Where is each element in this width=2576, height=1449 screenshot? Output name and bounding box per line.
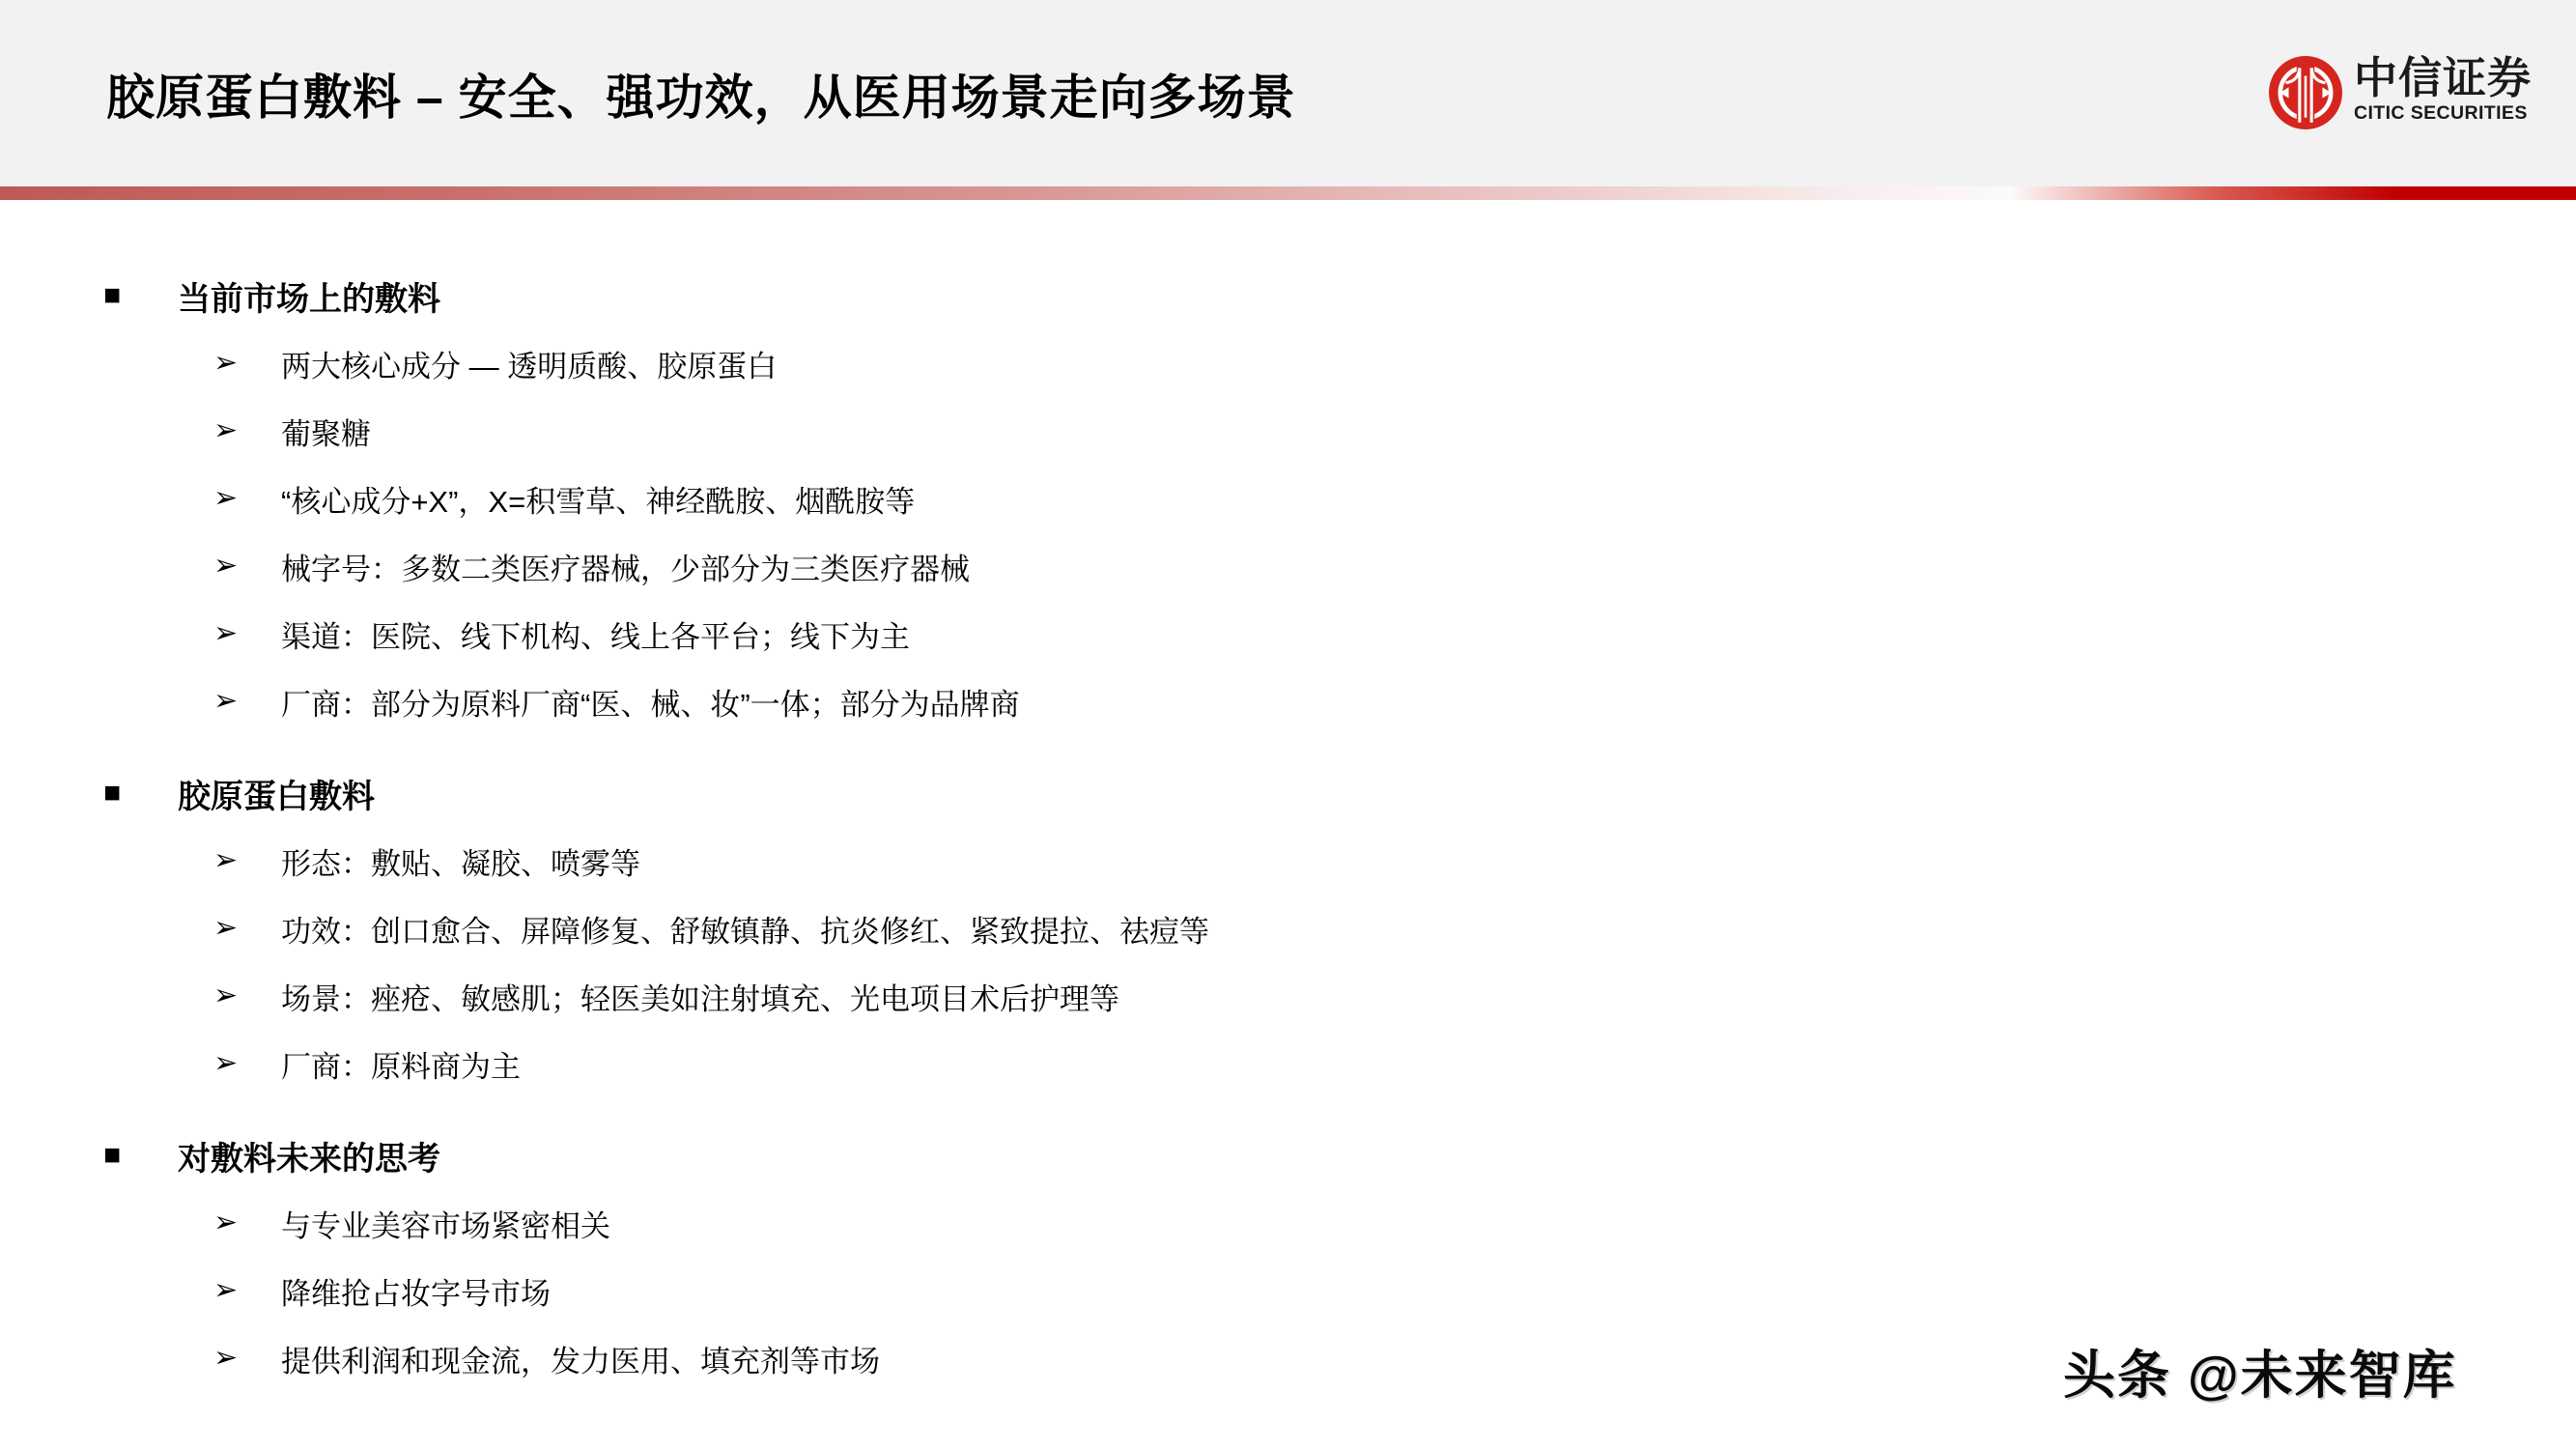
citic-logo: 中信证券 CITIC SECURITIES — [2269, 56, 2532, 129]
citic-logo-en: CITIC SECURITIES — [2354, 102, 2532, 125]
section-title: 胶原蛋白敷料 — [178, 770, 375, 817]
header-bar: 胶原蛋白敷料 – 安全、强功效，从医用场景走向多场景 中信证券 CITIC SE… — [0, 0, 2576, 186]
list-item-text: 葡聚糖 — [281, 410, 371, 453]
list-item-text: 厂商：部分为原料厂商“医、械、妆”一体；部分为品牌商 — [281, 680, 1020, 724]
slide-content: ■ 当前市场上的敷料 ➢ 两大核心成分 — 透明质酸、胶原蛋白 ➢ 葡聚糖 ➢ … — [103, 200, 2518, 1392]
square-bullet-icon: ■ — [103, 779, 178, 808]
arrow-bullet-icon: ➢ — [213, 349, 281, 378]
section-title: 对敷料未来的思考 — [178, 1132, 440, 1179]
list-item: ➢ 场景：痤疮、敏感肌；轻医美如注射填充、光电项目术后护理等 — [103, 962, 2518, 1030]
slide: 胶原蛋白敷料 – 安全、强功效，从医用场景走向多场景 中信证券 CITIC SE… — [0, 0, 2576, 1449]
citic-logo-cn: 中信证券 — [2354, 56, 2532, 99]
arrow-bullet-icon: ➢ — [213, 1344, 281, 1373]
square-bullet-icon: ■ — [103, 1141, 178, 1170]
list-item: ➢ 功效：创口愈合、屏障修复、舒敏镇静、抗炎修红、紧致提拉、祛痘等 — [103, 895, 2518, 962]
section-current-market: ■ 当前市场上的敷料 ➢ 两大核心成分 — 透明质酸、胶原蛋白 ➢ 葡聚糖 ➢ … — [103, 262, 2518, 735]
page-title: 胶原蛋白敷料 – 安全、强功效，从医用场景走向多场景 — [106, 59, 1296, 128]
arrow-bullet-icon: ➢ — [213, 981, 281, 1010]
list-item: ➢ “核心成分+X”，X=积雪草、神经酰胺、烟酰胺等 — [103, 465, 2518, 532]
citic-emblem-icon — [2269, 56, 2342, 129]
list-item: ➢ 与专业美容市场紧密相关 — [103, 1189, 2518, 1257]
list-item-text: 械字号：多数二类医疗器械，少部分为三类医疗器械 — [281, 545, 970, 588]
arrow-bullet-icon: ➢ — [213, 846, 281, 875]
list-item: ➢ 厂商：部分为原料厂商“医、械、妆”一体；部分为品牌商 — [103, 668, 2518, 735]
watermark-text: 头条 @未来智库 — [2063, 1334, 2457, 1408]
list-item: ➢ 厂商：原料商为主 — [103, 1030, 2518, 1097]
section-title: 当前市场上的敷料 — [178, 272, 440, 320]
arrow-bullet-icon: ➢ — [213, 914, 281, 943]
list-item: ➢ 渠道：医院、线下机构、线上各平台；线下为主 — [103, 600, 2518, 668]
section-collagen-dressing: ■ 胶原蛋白敷料 ➢ 形态：敷贴、凝胶、喷雾等 ➢ 功效：创口愈合、屏障修复、舒… — [103, 759, 2518, 1097]
arrow-bullet-icon: ➢ — [213, 687, 281, 716]
arrow-bullet-icon: ➢ — [213, 1208, 281, 1237]
list-item-text: 降维抢占妆字号市场 — [281, 1269, 551, 1313]
section-heading: ■ 胶原蛋白敷料 — [103, 759, 2518, 827]
arrow-bullet-icon: ➢ — [213, 1276, 281, 1305]
citic-logo-text: 中信证券 CITIC SECURITIES — [2354, 56, 2532, 125]
arrow-bullet-icon: ➢ — [213, 552, 281, 581]
list-item: ➢ 降维抢占妆字号市场 — [103, 1257, 2518, 1324]
list-item-text: 形态：敷贴、凝胶、喷雾等 — [281, 839, 640, 883]
list-item-text: 场景：痤疮、敏感肌；轻医美如注射填充、光电项目术后护理等 — [281, 975, 1119, 1018]
list-item-text: 渠道：医院、线下机构、线上各平台；线下为主 — [281, 612, 910, 656]
list-item: ➢ 械字号：多数二类医疗器械，少部分为三类医疗器械 — [103, 532, 2518, 600]
list-item-text: 与专业美容市场紧密相关 — [281, 1202, 610, 1245]
list-item-text: “核心成分+X”，X=积雪草、神经酰胺、烟酰胺等 — [281, 477, 915, 521]
list-item-text: 提供利润和现金流，发力医用、填充剂等市场 — [281, 1337, 880, 1380]
list-item-text: 厂商：原料商为主 — [281, 1042, 521, 1086]
list-item-text: 两大核心成分 — 透明质酸、胶原蛋白 — [281, 342, 777, 385]
section-heading: ■ 当前市场上的敷料 — [103, 262, 2518, 329]
arrow-bullet-icon: ➢ — [213, 416, 281, 445]
header-divider-line — [0, 186, 2576, 200]
list-item: ➢ 两大核心成分 — 透明质酸、胶原蛋白 — [103, 329, 2518, 397]
list-item-text: 功效：创口愈合、屏障修复、舒敏镇静、抗炎修红、紧致提拉、祛痘等 — [281, 907, 1209, 951]
list-item: ➢ 形态：敷贴、凝胶、喷雾等 — [103, 827, 2518, 895]
section-heading: ■ 对敷料未来的思考 — [103, 1122, 2518, 1189]
arrow-bullet-icon: ➢ — [213, 1049, 281, 1078]
list-item: ➢ 葡聚糖 — [103, 397, 2518, 465]
arrow-bullet-icon: ➢ — [213, 484, 281, 513]
arrow-bullet-icon: ➢ — [213, 619, 281, 648]
square-bullet-icon: ■ — [103, 281, 178, 310]
